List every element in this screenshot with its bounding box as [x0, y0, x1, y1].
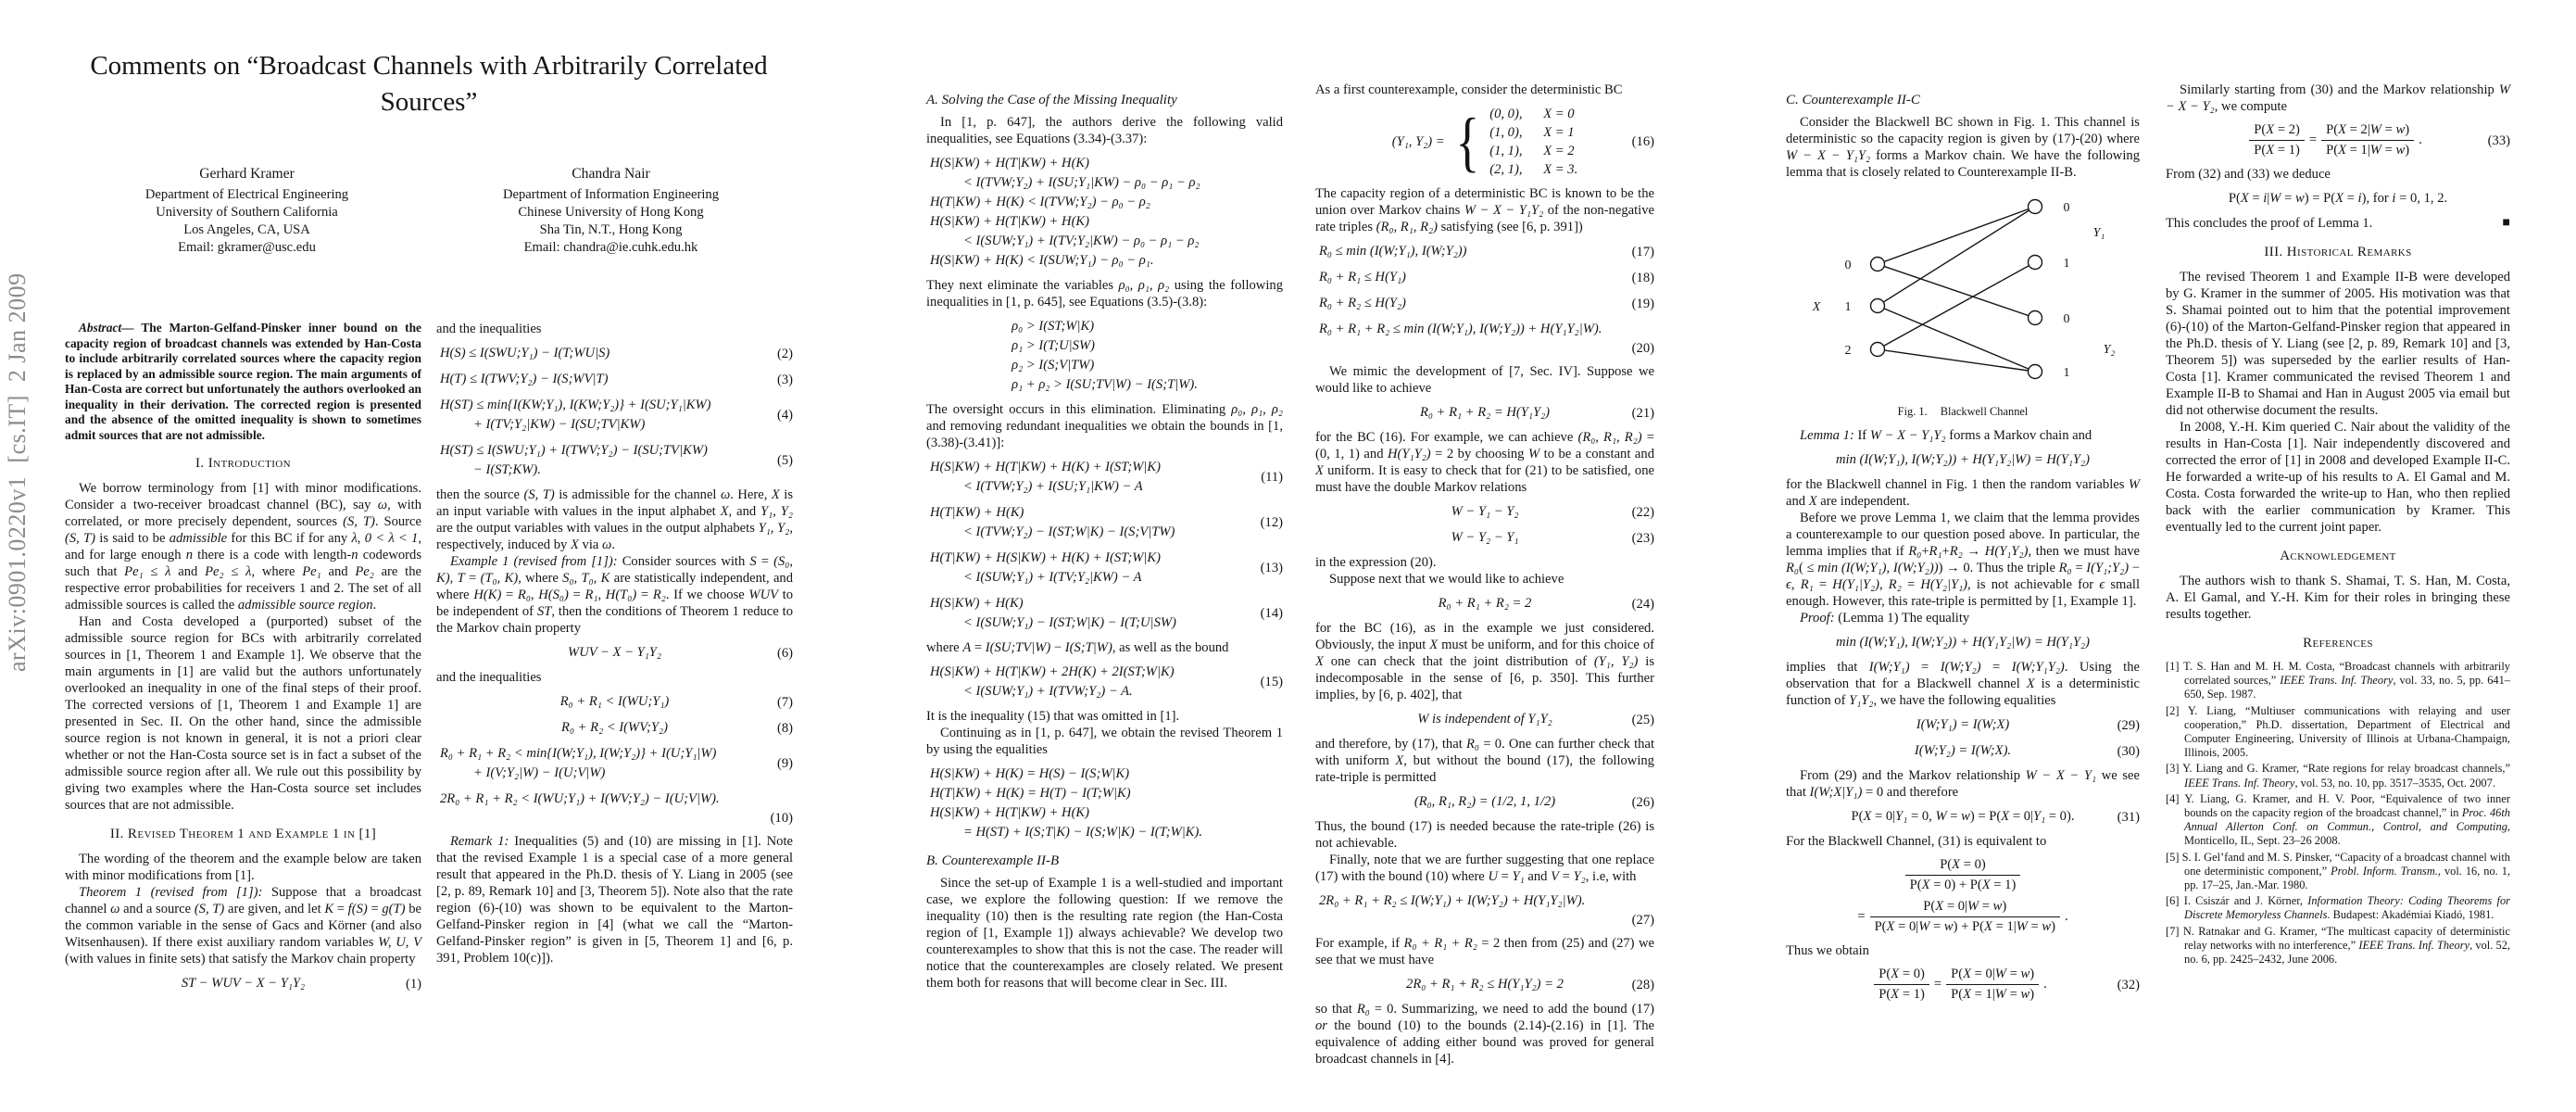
paragraph: The revised Theorem 1 and Example II-B w…	[2166, 269, 2510, 419]
paragraph: Remark 1: Inequalities (5) and (10) are …	[436, 833, 793, 967]
equation: R₀ + R₁ ≤ H(Y₁)(18)	[1315, 268, 1654, 287]
channel-edge	[1878, 349, 2035, 372]
reference-item: [6] I. Csiszár and J. Körner, Informatio…	[2166, 894, 2510, 922]
equation-number: (21)	[1632, 405, 1654, 422]
column-1: Abstract— The Marton-Gelfand-Pinsker inn…	[65, 321, 421, 1000]
fraction: P(X = 2|W = w)P(X = 1|W = w)	[2321, 121, 2414, 159]
paragraph: For example, if R₀ + R₁ + R₂ = 2 then fr…	[1315, 935, 1654, 968]
input-node-0	[1871, 258, 1885, 272]
author-affiliation: Los Angeles, CA, USA	[65, 221, 429, 239]
author-name: Chandra Nair	[429, 165, 793, 183]
section-heading: References	[2166, 635, 2510, 651]
equation: R₀ ≤ min (I(W;Y₁), I(W;Y₂))(17)	[1315, 242, 1654, 261]
paragraph: for the Blackwell channel in Fig. 1 then…	[1786, 476, 2140, 510]
subsection-heading: C. Counterexample II-C	[1786, 92, 2140, 108]
paragraph: The wording of the theorem and the examp…	[65, 851, 421, 884]
column-5: C. Counterexample II-CConsider the Black…	[1786, 82, 2140, 1010]
figure-caption: Fig. 1.Blackwell Channel	[1786, 403, 2140, 420]
equation-number: (11)	[1261, 469, 1283, 486]
author-name: Gerhard Kramer	[65, 165, 429, 183]
reference-item: [4] Y. Liang, G. Kramer, and H. V. Poor,…	[2166, 792, 2510, 849]
figure-1-blackwell-channel: 0 1 2 X 0 1 Y₁ 0 1 Y₂ Fig. 1.Blackwell C…	[1786, 190, 2140, 420]
reference-item: [7] N. Ratnakar and G. Kramer, “The mult…	[2166, 925, 2510, 967]
fraction-equation: P(X = 2)P(X = 1)=P(X = 2|W = w)P(X = 1|W…	[2166, 121, 2510, 159]
author-affiliation: University of Southern California	[65, 204, 429, 221]
equation-number: (7)	[777, 694, 793, 711]
output2-value-label: 1	[2064, 366, 2070, 380]
paragraph: Similarly starting from (30) and the Mar…	[2166, 82, 2510, 115]
paragraph: so that R₀ = 0. Summarizing, we need to …	[1315, 1001, 1654, 1068]
equation: H(S|KW) + H(K) = H(S) − I(S;W|K)H(T|KW) …	[926, 764, 1283, 842]
equation: H(T) ≤ I(TWV;Y₂) − I(S;WV|T)(3)	[436, 370, 793, 389]
author-affiliation: Sha Tin, N.T., Hong Kong	[429, 221, 793, 239]
paragraph: and the inequalities	[436, 321, 793, 337]
equation: H(ST) ≤ min{I(KW;Y₁), I(KW;Y₂)} + I(SU;Y…	[436, 396, 793, 435]
fraction: P(X = 0)P(X = 1)	[1874, 966, 1929, 1004]
paragraph: For the Blackwell Channel, (31) is equiv…	[1786, 833, 2140, 850]
reference-item: [3] Y. Liang and G. Kramer, “Rate region…	[2166, 762, 2510, 790]
paragraph: Lemma 1: If W − X − Y₁Y₂ forms a Markov …	[1786, 427, 2140, 444]
author-block-2: Chandra Nair Department of Information E…	[429, 165, 793, 257]
abstract: Abstract— The Marton-Gelfand-Pinsker inn…	[65, 321, 421, 443]
arxiv-watermark: arXiv:0901.0220v1 [cs.IT] 2 Jan 2009	[4, 120, 46, 825]
equation-number: (33)	[2488, 133, 2510, 149]
equation-number: (26)	[1632, 794, 1654, 811]
equation: 2R₀ + R₁ + R₂ ≤ H(Y₁Y₂) = 2(28)	[1315, 975, 1654, 994]
equation: P(X = i|W = w) = P(X = i), for i = 0, 1,…	[2166, 189, 2510, 208]
equation-number: (17)	[1632, 244, 1654, 260]
paragraph: in the expression (20).	[1315, 554, 1654, 571]
equation: R₀ + R₂ ≤ H(Y₂)(19)	[1315, 294, 1654, 313]
equation: H(S|KW) + H(T|KW) + H(K)< I(TVW;Y₂) + I(…	[926, 154, 1283, 271]
figure-caption-text: Blackwell Channel	[1941, 405, 2029, 418]
cases-equation: (Y₁, Y₂) ={(0, 0),X = 0(1, 0),X = 1(1, 1…	[1315, 105, 1654, 179]
equation: I(W;Y₁) = I(W;X)(29)	[1786, 715, 2140, 735]
equation-number: (4)	[777, 407, 793, 423]
paragraph: The oversight occurs in this elimination…	[926, 401, 1283, 451]
output1-value-label: 1	[2064, 257, 2070, 271]
equation: R₀ + R₂ < I(WV;Y₂)(8)	[436, 718, 793, 738]
equation-number: (29)	[2117, 717, 2140, 734]
qed-square: ■	[2503, 217, 2510, 230]
fraction-equation: P(X = 0)P(X = 1)=P(X = 0|W = w)P(X = 1|W…	[1786, 966, 2140, 1004]
paragraph: In [1, p. 647], the authors derive the f…	[926, 114, 1283, 147]
input-value-label: 0	[1845, 259, 1852, 272]
channel-edges	[1878, 207, 2035, 372]
equation: H(T|KW) + H(K)< I(TVW;Y₂) − I(ST;W|K) − …	[926, 503, 1283, 542]
reference-item: [2] Y. Liang, “Multiuser communications …	[2166, 704, 2510, 761]
equation: ST − WUV − X − Y₁Y₂(1)	[65, 974, 421, 993]
paragraph: Proof: (Lemma 1) The equality	[1786, 610, 2140, 626]
equation-number: (31)	[2117, 809, 2140, 826]
paragraph: Suppose next that we would like to achie…	[1315, 571, 1654, 588]
equation: H(S|KW) + H(T|KW) + 2H(K) + 2I(ST;W|K)< …	[926, 663, 1283, 701]
channel-edge	[1878, 306, 2035, 372]
equation-number: (1)	[406, 976, 421, 992]
paper-title: Comments on “Broadcast Channels with Arb…	[83, 48, 774, 120]
equation-number: (16)	[1632, 133, 1654, 150]
page1-header: Comments on “Broadcast Channels with Arb…	[65, 0, 793, 257]
equation: min (I(W;Y₁), I(W;Y₂)) + H(Y₁Y₂|W) = H(Y…	[1786, 450, 2140, 470]
paragraph: It is the inequality (15) that was omitt…	[926, 708, 1283, 725]
equation-number: (27)	[1319, 912, 1654, 929]
paragraph: As a first counterexample, consider the …	[1315, 82, 1654, 98]
equation-number: (15)	[1261, 674, 1283, 690]
paragraph: then the source (S, T) is admissible for…	[436, 486, 793, 553]
author-email: Email: chandra@ie.cuhk.edu.hk	[429, 239, 793, 257]
paragraph: In 2008, Y.-H. Kim queried C. Nair about…	[2166, 419, 2510, 536]
paragraph-lead: Theorem 1 (revised from [1]):	[79, 885, 271, 900]
equation: ρ₀ > I(ST;W|K)ρ₁ > I(T;U|SW)ρ₂ > I(S;V|T…	[926, 317, 1283, 395]
subsection-heading: B. Counterexample II-B	[926, 853, 1283, 869]
equation: 2R₀ + R₁ + R₂ ≤ I(W;Y₁) + I(W;Y₂) + H(Y₁…	[1315, 891, 1654, 929]
output2-node-1	[2029, 365, 2042, 379]
paragraph-lead: Proof:	[1800, 611, 1838, 625]
equation-number: (25)	[1632, 712, 1654, 728]
equation: 2R₀ + R₁ + R₂ < I(WU;Y₁) + I(WV;Y₂) − I(…	[436, 790, 793, 827]
fraction-equation: P(X = 0)P(X = 0) + P(X = 1)=P(X = 0|W = …	[1786, 856, 2140, 936]
paragraph: Consider the Blackwell BC shown in Fig. …	[1786, 114, 2140, 181]
section-heading: I. Introduction	[65, 455, 421, 472]
paragraph: Since the set-up of Example 1 is a well-…	[926, 875, 1283, 992]
equation: WUV − X − Y₁Y₂(6)	[436, 643, 793, 663]
blackwell-channel-diagram: 0 1 2 X 0 1 Y₁ 0 1 Y₂	[1796, 190, 2130, 394]
authors-row: Gerhard Kramer Department of Electrical …	[65, 165, 793, 257]
equation-number: (10)	[440, 810, 793, 827]
fraction: P(X = 2)P(X = 1)	[2249, 121, 2305, 159]
equation-number: (3)	[777, 372, 793, 388]
paragraph: Finally, note that we are further sugges…	[1315, 852, 1654, 885]
paragraph: We mimic the development of [7, Sec. IV]…	[1315, 363, 1654, 397]
paragraph: Theorem 1 (revised from [1]): Suppose th…	[65, 884, 421, 967]
equation-number: (19)	[1632, 296, 1654, 312]
input-node-1	[1871, 299, 1885, 313]
paragraph: and the inequalities	[436, 669, 793, 686]
equation-number: (2)	[777, 346, 793, 362]
equation: R₀ + R₁ + R₂ = 2(24)	[1315, 594, 1654, 613]
paragraph: Before we prove Lemma 1, we claim that t…	[1786, 510, 2140, 610]
output1-node-1	[2029, 256, 2042, 270]
input-value-label: 1	[1845, 300, 1852, 314]
subsection-heading: A. Solving the Case of the Missing Inequ…	[926, 92, 1283, 108]
fraction: P(X = 0)P(X = 0) + P(X = 1)	[1905, 856, 2021, 894]
equation-number: (6)	[777, 645, 793, 662]
equation: W is independent of Y₁Y₂(25)	[1315, 710, 1654, 729]
equation-number: (13)	[1261, 560, 1283, 576]
section-heading: Acknowledgement	[2166, 548, 2510, 564]
column-4: As a first counterexample, consider the …	[1315, 82, 1654, 1068]
equation: H(S|KW) + H(K)< I(SUW;Y₁) − I(ST;W|K) − …	[926, 594, 1283, 633]
paragraph-lead: Abstract—	[79, 321, 141, 335]
paragraph: The authors wish to thank S. Shamai, T. …	[2166, 573, 2510, 623]
paragraph: We borrow terminology from [1] with mino…	[65, 480, 421, 613]
output2-value-label: 0	[2064, 312, 2070, 326]
paragraph: implies that I(W;Y₁) = I(W;Y₂) = I(W;Y₁Y…	[1786, 659, 2140, 709]
equation-number: (32)	[2117, 977, 2140, 993]
equation: H(S|KW) + H(T|KW) + H(K) + I(ST;W|K)< I(…	[926, 458, 1283, 497]
paragraph: for the BC (16), as in the example we ju…	[1315, 620, 1654, 703]
author-affiliation: Department of Information Engineering	[429, 186, 793, 204]
equation-number: (22)	[1632, 504, 1654, 521]
paragraph-lead: Remark 1:	[450, 834, 514, 849]
output2-node-0	[2029, 311, 2042, 325]
equation-number: (30)	[2117, 743, 2140, 760]
paragraph: The capacity region of a deterministic B…	[1315, 185, 1654, 235]
equation-number: (28)	[1632, 977, 1654, 993]
section-heading: II. Revised Theorem 1 and Example 1 in […	[65, 826, 421, 842]
paragraph: Thus, the bound (17) is needed because t…	[1315, 818, 1654, 852]
equation-number: (5)	[777, 452, 793, 469]
reference-item: [1] T. S. Han and M. H. M. Costa, “Broad…	[2166, 660, 2510, 702]
author-email: Email: gkramer@usc.edu	[65, 239, 429, 257]
paragraph-lead: Lemma 1:	[1800, 428, 1857, 443]
paragraph: From (32) and (33) we deduce	[2166, 166, 2510, 183]
column-6: Similarly starting from (30) and the Mar…	[2166, 82, 2510, 968]
equation: I(W;Y₂) = I(W;X).(30)	[1786, 741, 2140, 761]
paragraph: Continuing as in [1, p. 647], we obtain …	[926, 725, 1283, 758]
reference-item: [5] S. I. Gel’fand and M. S. Pinsker, “C…	[2166, 851, 2510, 893]
equation-number: (8)	[777, 720, 793, 737]
equation: R₀ + R₁ + R₂ = H(Y₁Y₂)(21)	[1315, 403, 1654, 423]
output2-variable-label: Y₂	[2104, 343, 2116, 357]
author-affiliation: Department of Electrical Engineering	[65, 186, 429, 204]
paragraph: Thus we obtain	[1786, 942, 2140, 959]
paragraph: From (29) and the Markov relationship W …	[1786, 767, 2140, 801]
input-variable-label: X	[1812, 300, 1821, 314]
figure-tag: Fig. 1.	[1898, 405, 1928, 418]
equation: R₀ + R₁ + R₂ ≤ min (I(W;Y₁), I(W;Y₂)) + …	[1315, 320, 1654, 357]
input-node-2	[1871, 343, 1885, 357]
paper-page: arXiv:0901.0220v1 [cs.IT] 2 Jan 2009 Com…	[0, 0, 2576, 1112]
equation-number: (23)	[1632, 530, 1654, 547]
column-2: and the inequalitiesH(S) ≤ I(SWU;Y₁) − I…	[436, 321, 793, 967]
column-3: A. Solving the Case of the Missing Inequ…	[926, 82, 1283, 992]
cases-brace: {	[1455, 105, 1479, 179]
equation-number: (24)	[1632, 596, 1654, 613]
paragraph: Han and Costa developed a (purported) su…	[65, 613, 421, 814]
equation: W − Y₁ − Y₂(22)	[1315, 502, 1654, 522]
equation-number: (14)	[1261, 605, 1283, 622]
equation: (R₀, R₁, R₂) = (1/2, 1, 1/2)(26)	[1315, 792, 1654, 812]
output1-variable-label: Y₁	[2093, 226, 2105, 240]
equation: P(X = 0|Y₁ = 0, W = w) = P(X = 0|Y₁ = 0)…	[1786, 807, 2140, 827]
paragraph: Example 1 (revised from [1]): Consider s…	[436, 553, 793, 637]
paragraph: for the BC (16). For example, we can ach…	[1315, 429, 1654, 496]
output1-node-0	[2029, 200, 2042, 214]
paragraph: where A = I(SU;TV|W) − I(S;T|W), as well…	[926, 639, 1283, 656]
paragraph: They next eliminate the variables ρ₀, ρ₁…	[926, 277, 1283, 310]
equation-number: (18)	[1632, 270, 1654, 286]
equation-number: (9)	[777, 755, 793, 772]
equation: H(ST) ≤ I(SWU;Y₁) + I(TWV;Y₂) − I(SU;TV|…	[436, 441, 793, 480]
equation: W − Y₂ − Y₁(23)	[1315, 528, 1654, 548]
equation: H(T|KW) + H(S|KW) + H(K) + I(ST;W|K)< I(…	[926, 549, 1283, 588]
fraction: P(X = 0|W = w)P(X = 1|W = w)	[1946, 966, 2039, 1004]
equation: H(S) ≤ I(SWU;Y₁) − I(T;WU|S)(2)	[436, 344, 793, 363]
fraction: P(X = 0|W = w)P(X = 0|W = w) + P(X = 1|W…	[1870, 898, 2060, 936]
equation-number: (12)	[1261, 514, 1283, 531]
equation: R₀ + R₁ + R₂ < min{I(W;Y₁), I(W;Y₂)} + I…	[436, 744, 793, 783]
output1-value-label: 0	[2064, 201, 2070, 215]
qed-line: This concludes the proof of Lemma 1.■	[2166, 215, 2510, 232]
reference-list: [1] T. S. Han and M. H. M. Costa, “Broad…	[2166, 660, 2510, 967]
equation-number: (20)	[1319, 340, 1654, 357]
input-value-label: 2	[1845, 344, 1852, 358]
channel-edge	[1878, 262, 2035, 349]
author-affiliation: Chinese University of Hong Kong	[429, 204, 793, 221]
paragraph: and therefore, by (17), that R₀ = 0. One…	[1315, 736, 1654, 786]
section-heading: III. Historical Remarks	[2166, 244, 2510, 260]
equation: min (I(W;Y₁), I(W;Y₂)) + H(Y₁Y₂|W) = H(Y…	[1786, 633, 2140, 652]
author-block-1: Gerhard Kramer Department of Electrical …	[65, 165, 429, 257]
paragraph-lead: Example 1 (revised from [1]):	[450, 554, 622, 569]
equation: R₀ + R₁ < I(WU;Y₁)(7)	[436, 692, 793, 712]
